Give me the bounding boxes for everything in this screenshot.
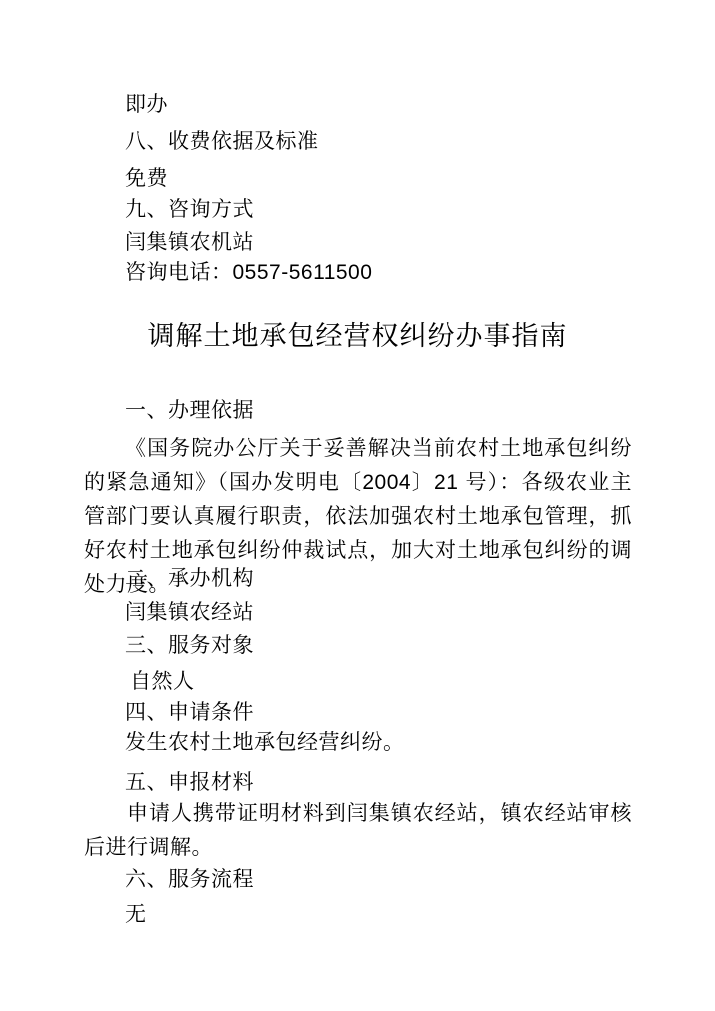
section-5-heading: 五、申报材料	[125, 769, 254, 796]
section-4-heading: 四、申请条件	[125, 699, 254, 726]
section-1-heading: 一、办理依据	[125, 397, 254, 424]
section-6-body: 无	[125, 901, 147, 928]
document-page: 即办 八、收费依据及标准 免费 九、咨询方式 闫集镇农机站 咨询电话：0557-…	[0, 0, 715, 1011]
section-5-body: 申请人携带证明材料到闫集镇农经站，镇农经站审核后进行调解。	[84, 797, 632, 865]
consultation-office: 闫集镇农机站	[125, 229, 254, 256]
section-4-body: 发生农村土地承包经营纠纷。	[125, 729, 405, 756]
phone-label: 咨询电话：	[125, 261, 233, 284]
section-8-fee-heading: 八、收费依据及标准	[125, 128, 319, 155]
section-3-body: 自然人	[130, 668, 195, 695]
section-3-heading: 三、服务对象	[125, 632, 254, 659]
consultation-phone-line: 咨询电话：0557-5611500	[125, 259, 372, 286]
section-9-consult-heading: 九、咨询方式	[125, 196, 254, 223]
guide-title: 调解土地承包经营权纠纷办事指南	[0, 317, 715, 355]
section-6-heading: 六、服务流程	[125, 866, 254, 893]
fee-value: 免费	[125, 165, 168, 192]
processing-limit-value: 即办	[125, 91, 168, 118]
section-2-body: 闫集镇农经站	[125, 599, 254, 626]
section-2-heading: 二、承办机构	[125, 565, 254, 592]
phone-number: 0557-5611500	[233, 261, 373, 284]
